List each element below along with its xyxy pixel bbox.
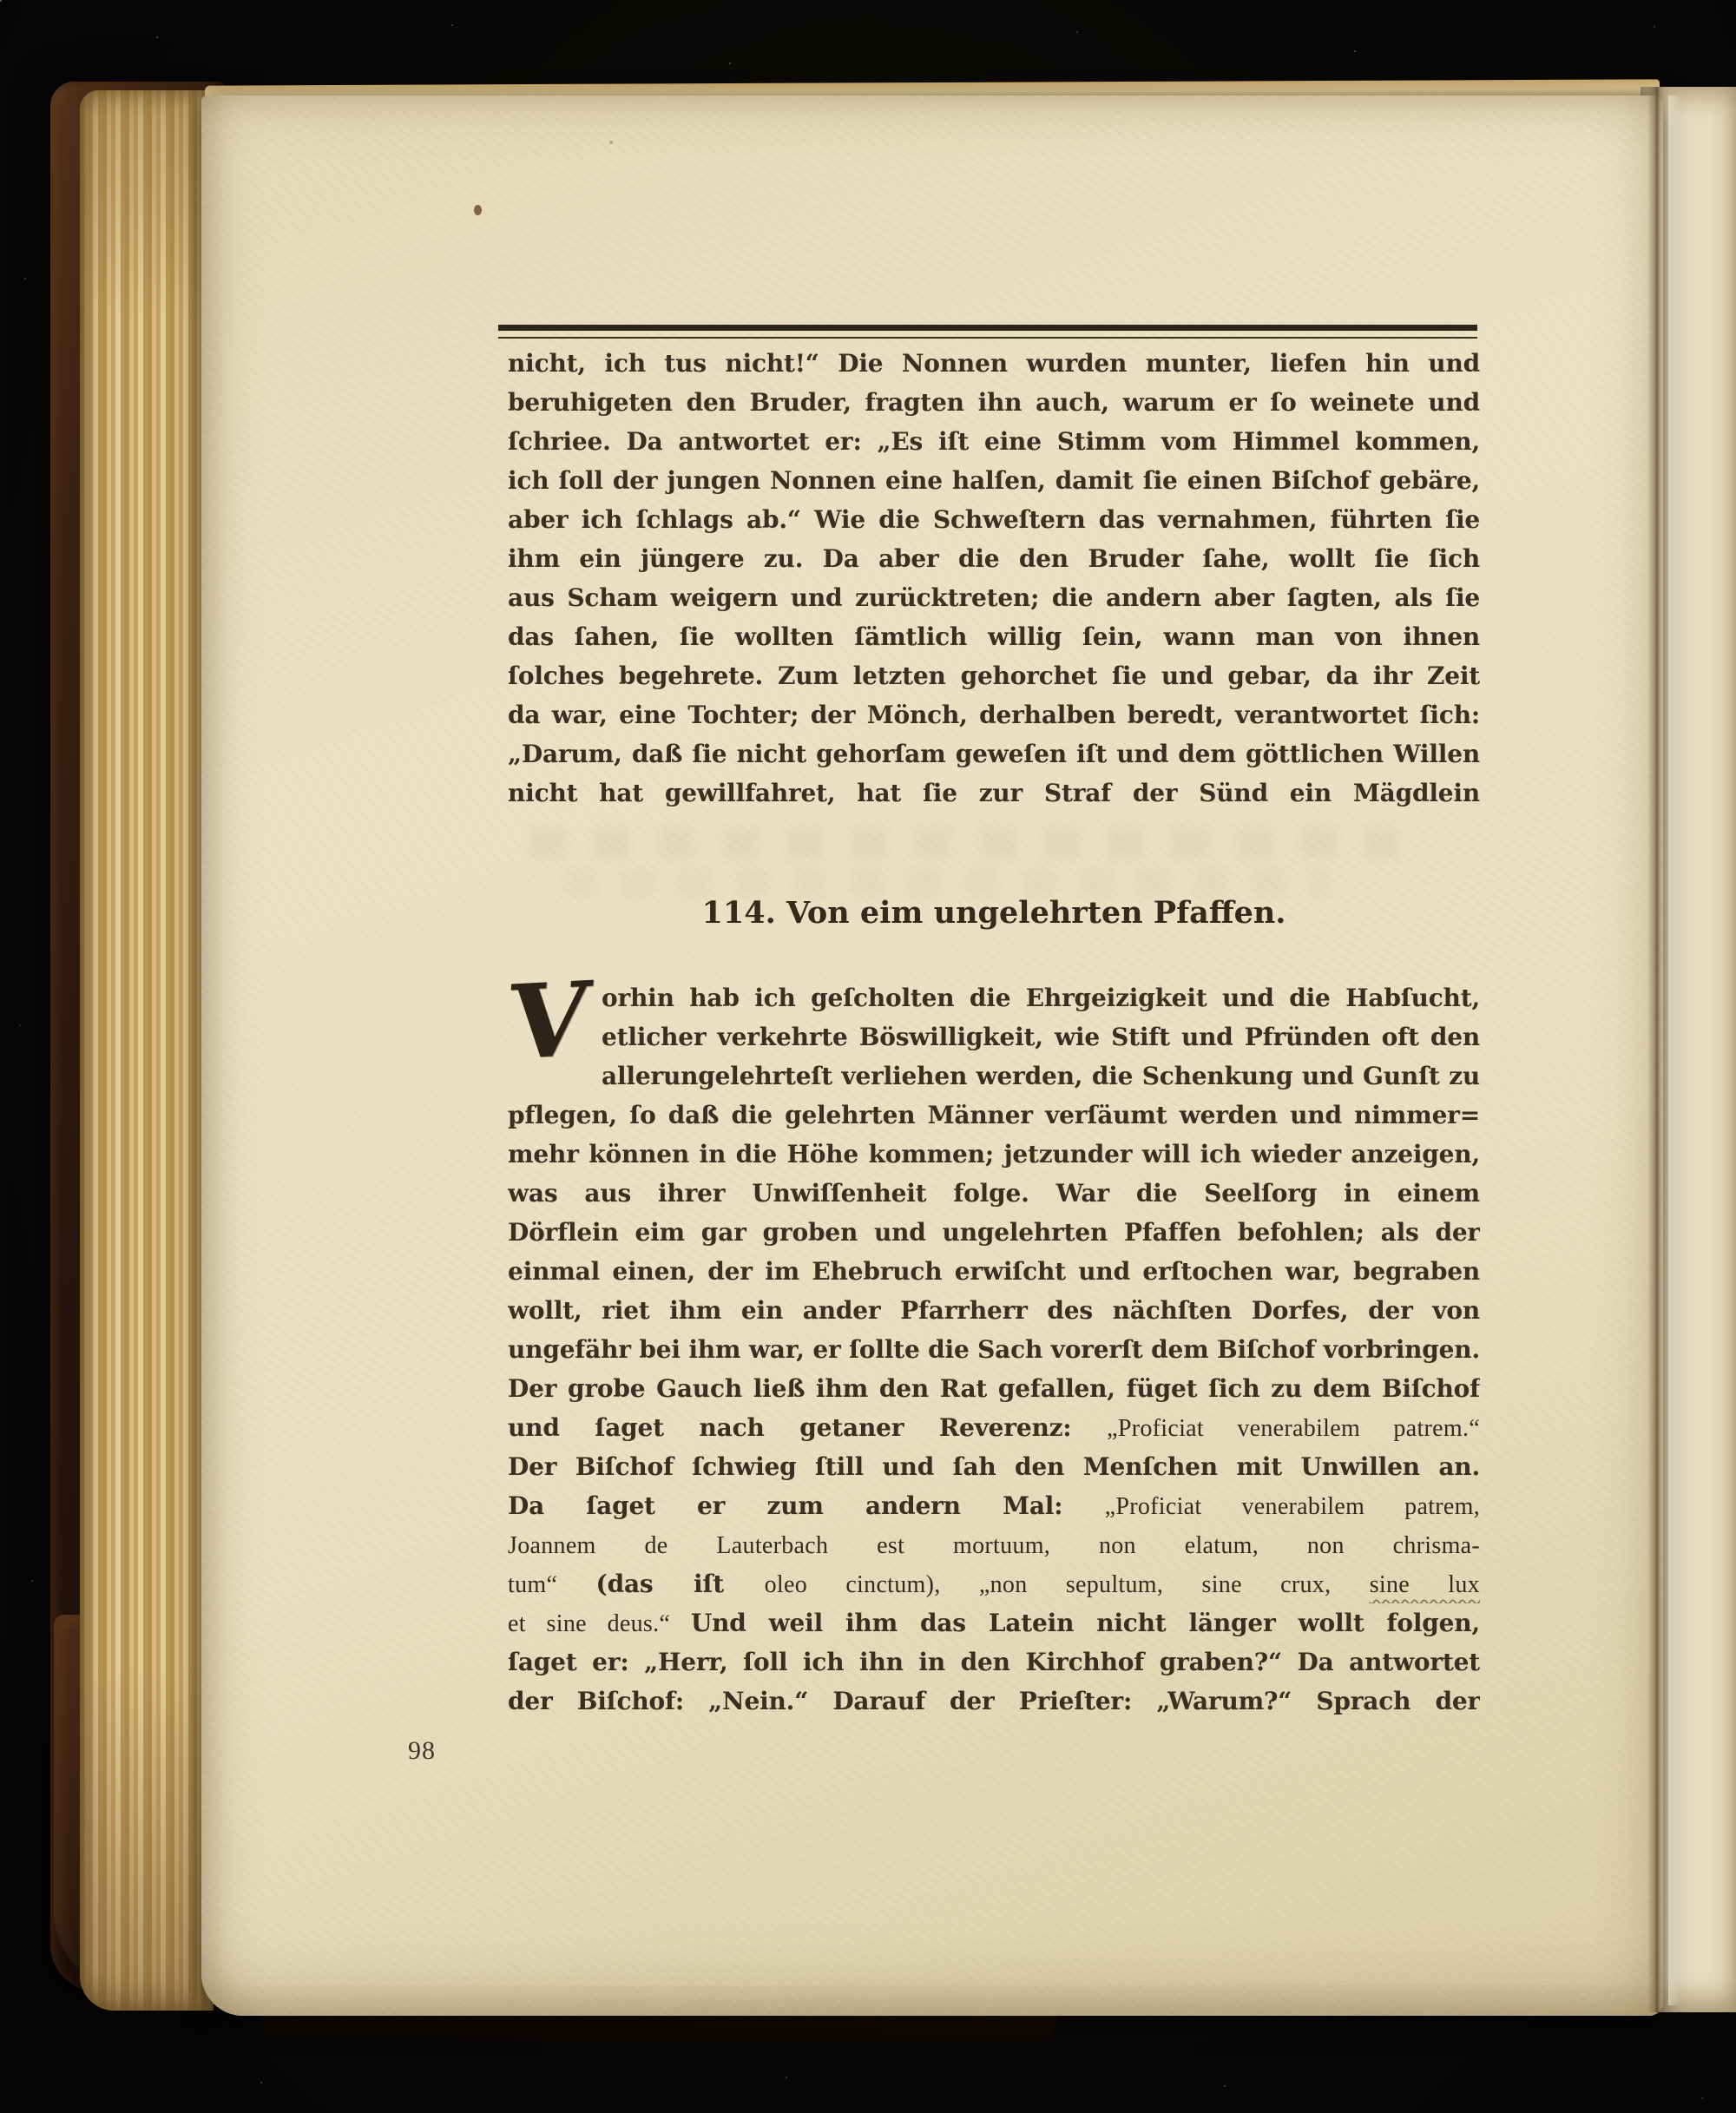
text-line: ſchriee. Da antwortet er: „Es iſt eine S… [508, 422, 1480, 461]
text-segment: Joannem de Lauterbach est mortuum, non e… [508, 1532, 1480, 1559]
paper-speck [474, 205, 482, 215]
text-line: ihm ein jüngere zu. Da aber die den Brud… [508, 539, 1480, 578]
text-segment: „Proficiat venerabilem patrem.“ [1107, 1415, 1480, 1442]
text-line: Dörflein eim gar groben und ungelehrten … [508, 1213, 1480, 1252]
text-line: ſaget er: „Herr, ſoll ich ihn in den Kir… [508, 1642, 1480, 1682]
text-line: et sine deus.“ Und weil ihm das Latein n… [508, 1603, 1480, 1642]
text-segment: orhin hab ich geſcholten die Ehrgeizigke… [602, 984, 1480, 1017]
text-line: der Biſchof: „Nein.“ Darauf der Prieſter… [508, 1682, 1480, 1721]
page-number: 98 [408, 1736, 436, 1766]
text-segment: das ſahen, ſie wollten ſämtlich willig ſ… [508, 622, 1480, 651]
text-segment: aber ich ſchlags ab.“ Wie die Schweſtern… [508, 505, 1480, 534]
text-line: ich ſoll der jungen Nonnen eine halſen, … [508, 461, 1480, 500]
text-segment: pflegen, ſo daß die gelehrten Männer ver… [508, 1101, 1480, 1129]
chapter-heading: 114. Von eim ungelehrten Pfaffen. [508, 892, 1480, 934]
text-segment: Der Biſchof ſchwieg ſtill und ſah den Me… [508, 1452, 1480, 1481]
text-line: aus Scham weigern und zurücktreten; die … [508, 578, 1480, 617]
text-line: da war, eine Tochter; der Mönch, derhalb… [508, 695, 1480, 734]
text-segment: et sine deus.“ [508, 1610, 691, 1637]
text-segment: beruhigeten den Bruder, fragten ihn auch… [508, 388, 1480, 417]
text-segment: nicht hat gewillfahret, hat ſie zur Stra… [508, 779, 1480, 813]
text-segment: (das iſt [596, 1570, 765, 1598]
text-segment: oleo cinctum), „non sepultum, sine crux, [765, 1571, 1370, 1598]
text-line: „Darum, daß ſie nicht gehorſam geweſen i… [508, 734, 1480, 773]
text-line: ungefähr bei ihm war, er ſollte die Sach… [508, 1330, 1480, 1369]
text-segment: ich ſoll der jungen Nonnen eine halſen, … [508, 466, 1480, 495]
text-line: tum“ (das iſt oleo cinctum), „non sepult… [508, 1564, 1480, 1603]
text-segment: einmal einen, der im Ehebruch erwiſcht u… [508, 1257, 1480, 1286]
text-line: allerungelehrteſt verliehen werden, die … [602, 1056, 1480, 1096]
dust-speckles [0, 0, 2, 2]
text-line: Da ſaget er zum andern Mal: „Proficiat v… [508, 1486, 1480, 1525]
text-line: Der Biſchof ſchwieg ſtill und ſah den Me… [508, 1447, 1480, 1486]
text-line: ſolches begehrete. Zum letzten gehorchet… [508, 656, 1480, 695]
paper-speck [609, 141, 613, 144]
text-line: orhin hab ich geſcholten die Ehrgeizigke… [602, 978, 1480, 1017]
text-segment: aus Scham weigern und zurücktreten; die … [508, 583, 1480, 612]
text-segment: „Proficiat venerabilem patrem, [1105, 1493, 1480, 1520]
text-segment: Da ſaget er zum andern Mal: [508, 1491, 1105, 1520]
facing-page-highlight [1668, 95, 1680, 2005]
text-line: Der grobe Gauch ließ ihm den Rat gefalle… [508, 1369, 1480, 1408]
text-line: mehr können in die Höhe kommen; jetzunde… [508, 1135, 1480, 1174]
text-line: beruhigeten den Bruder, fragten ihn auch… [508, 383, 1480, 422]
header-rule [498, 325, 1477, 339]
text-segment: nicht, ich tus nicht!“ Die Nonnen wurden… [508, 349, 1480, 378]
text-line: aber ich ſchlags ab.“ Wie die Schweſtern… [508, 500, 1480, 539]
text-segment: wollt, riet ihm ein ander Pfarrherr des … [508, 1296, 1480, 1325]
drop-cap-initial: V [504, 982, 593, 1063]
paragraph-story-114: V orhin hab ich geſcholten die Ehrgeizig… [508, 978, 1480, 1721]
text-line: das ſahen, ſie wollten ſämtlich willig ſ… [508, 617, 1480, 656]
text-segment: und ſaget nach getaner Reverenz: [508, 1413, 1107, 1442]
text-line: nicht, ich tus nicht!“ Die Nonnen wurden… [508, 344, 1480, 383]
text-line: Joannem de Lauterbach est mortuum, non e… [508, 1525, 1480, 1564]
pencil-underlined-text: sine lux [1370, 1571, 1480, 1598]
text-segment: da war, eine Tochter; der Mönch, derhalb… [508, 701, 1480, 729]
text-segment: Dörflein eim gar groben und ungelehrten … [508, 1218, 1480, 1247]
page-stack-edges [80, 90, 214, 2011]
text-line: pflegen, ſo daß die gelehrten Männer ver… [508, 1096, 1480, 1135]
text-segment: Der grobe Gauch ließ ihm den Rat gefalle… [508, 1374, 1480, 1403]
text-line: etlicher verkehrte Böswilligkeit, wie St… [602, 1017, 1480, 1056]
text-segment: ſolches begehrete. Zum letzten gehorchet… [508, 662, 1480, 690]
text-segment: ſaget er: „Herr, ſoll ich ihn in den Kir… [508, 1648, 1480, 1676]
text-line: wollt, riet ihm ein ander Pfarrherr des … [508, 1291, 1480, 1330]
text-line: einmal einen, der im Ehebruch erwiſcht u… [508, 1252, 1480, 1291]
text-line: und ſaget nach getaner Reverenz: „Profic… [508, 1408, 1480, 1447]
text-segment: ungefähr bei ihm war, er ſollte die Sach… [508, 1335, 1480, 1364]
text-segment: Und weil ihm das Latein nicht länger wol… [691, 1609, 1480, 1637]
text-segment: der Biſchof: „Nein.“ Darauf der Prieſter… [508, 1687, 1480, 1715]
text-line: was aus ihrer Unwiſſenheit folge. War di… [508, 1174, 1480, 1213]
book-photo: nicht, ich tus nicht!“ Die Nonnen wurden… [0, 0, 1736, 2113]
text-segment: etlicher verkehrte Böswilligkeit, wie St… [602, 1023, 1480, 1051]
text-segment: tum“ [508, 1571, 596, 1598]
show-through-ghost-text [529, 826, 1397, 859]
text-segment: mehr können in die Höhe kommen; jetzunde… [508, 1140, 1480, 1168]
text-segment: „Darum, daß ſie nicht gehorſam geweſen i… [508, 740, 1480, 768]
text-line: nicht hat gewillfahret, hat ſie zur Stra… [508, 773, 1480, 813]
paragraph-story-113-end: nicht, ich tus nicht!“ Die Nonnen wurden… [508, 344, 1480, 813]
text-segment: was aus ihrer Unwiſſenheit folge. War di… [508, 1179, 1480, 1208]
text-segment: ſchriee. Da antwortet er: „Es iſt eine S… [508, 427, 1480, 456]
text-segment: ihm ein jüngere zu. Da aber die den Brud… [508, 544, 1480, 573]
gutter-crease [1647, 87, 1665, 2012]
text-segment: allerungelehrteſt verliehen werden, die … [602, 1062, 1480, 1096]
